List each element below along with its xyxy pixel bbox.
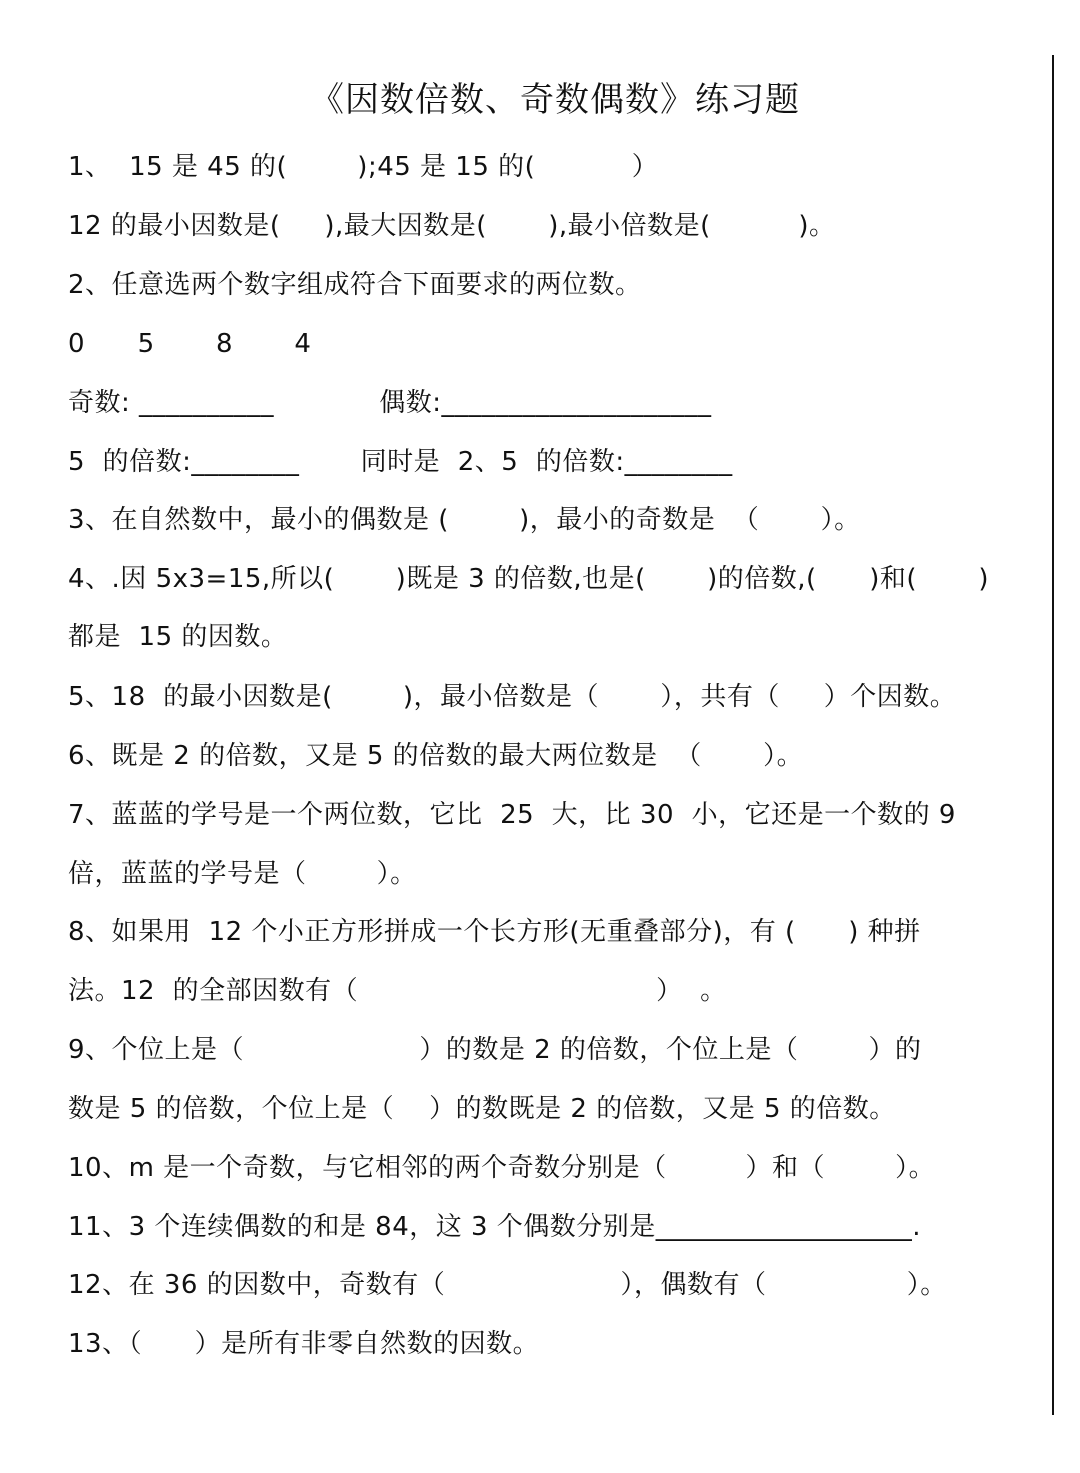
question-5: 5、18 的最小因数是( )，最小倍数是（ ），共有（ ）个因数。 [68,680,956,714]
question-9-line-1: 9、个位上是（ ）的数是 2 的倍数，个位上是（ ）的 [68,1033,922,1067]
question-10: 10、m 是一个奇数，与它相邻的两个奇数分别是（ ）和（ ）。 [68,1151,935,1185]
question-2-digits: 0 5 8 4 [68,327,311,361]
question-8-line-1: 8、如果用 12 个小正方形拼成一个长方形(无重叠部分)，有 ( ) 种拼 [68,915,921,949]
question-2-prompt: 2、任意选两个数字组成符合下面要求的两位数。 [68,268,642,302]
question-1-line-2: 12 的最小因数是( ),最大因数是( ),最小倍数是( )。 [68,209,836,243]
question-2-odd-even-blanks: 奇数: __________ 偶数:____________________ [68,386,711,420]
question-7-line-1: 7、蓝蓝的学号是一个两位数，它比 25 大，比 30 小，它还是一个数的 9 [68,798,956,832]
question-13: 13、（ ）是所有非零自然数的因数。 [68,1327,539,1361]
worksheet-title: 《因数倍数、奇数偶数》练习题 [0,72,1080,121]
question-8-line-2: 法。12 的全部因数有（ ） 。 [68,974,727,1008]
question-6: 6、既是 2 的倍数，又是 5 的倍数的最大两位数是 （ ）。 [68,739,803,773]
question-4-line-2: 都是 15 的因数。 [68,620,287,654]
question-12: 12、在 36 的因数中，奇数有（ ），偶数有（ ）。 [68,1268,947,1302]
question-11: 11、3 个连续偶数的和是 84，这 3 个偶数分别是_____________… [68,1210,921,1244]
question-2-multiples-blanks: 5 的倍数:________ 同时是 2、5 的倍数:________ [68,445,733,479]
question-7-line-2: 倍，蓝蓝的学号是（ ）。 [68,857,417,891]
question-3: 3、在自然数中，最小的偶数是 ( )，最小的奇数是 （ ）。 [68,503,861,537]
question-1-line-1: 1、 15 是 45 的( );45 是 15 的( ） [68,150,658,184]
question-9-line-2: 数是 5 的倍数，个位上是（ ）的数既是 2 的倍数，又是 5 的倍数。 [68,1092,896,1126]
page-edge-rule [1052,55,1054,1415]
question-4-line-1: 4、.因 5x3=15,所以( )既是 3 的倍数,也是( )的倍数,( )和(… [68,562,989,596]
